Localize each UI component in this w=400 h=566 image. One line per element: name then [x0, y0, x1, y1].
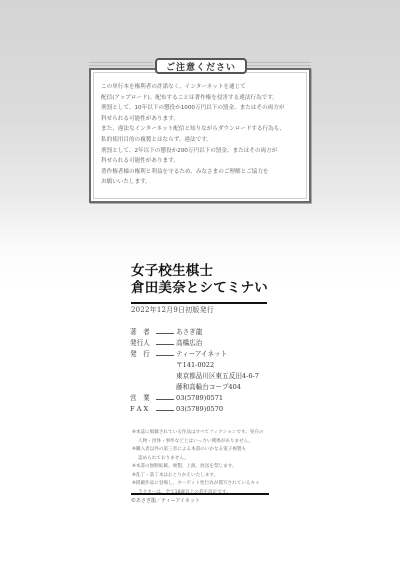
- fax-label: F A X: [130, 404, 156, 415]
- note-line: ※乱丁・落丁本はおとりかえいたします。: [132, 472, 292, 481]
- notice-body: この単行本を権利者の許諾なく、インターネットを通じて 配信(アップロード)、配布…: [101, 82, 301, 188]
- publisher-person-row: 発行人 高橋広治: [130, 338, 259, 349]
- notice-line: 科せられる可能性があります。: [101, 114, 301, 125]
- copyright-line: ©あさぎ龍／ティーアイネット: [131, 497, 200, 504]
- notice-line: また、違法なインターネット配信と知りながらダウンロードする行為も、: [101, 124, 301, 135]
- author-row: 著 者 あさぎ龍: [130, 327, 259, 338]
- notice-line: 刑罰として、10年以下の懲役か1000万円以下の罰金、またはその両方が: [101, 103, 301, 114]
- sales-label: 営 業: [130, 393, 156, 404]
- notice-line: お願いいたします。: [101, 177, 301, 188]
- title-line-1: 女子校生棋士: [131, 263, 268, 280]
- fax-row: F A X 03(5789)0570: [130, 404, 259, 415]
- postal-code: 〒141-0022: [130, 360, 259, 371]
- notice-line: 私的使用目的の複製とはならず、違法です。: [101, 135, 301, 146]
- legal-notes: ※本誌に掲載されている作品はすべてフィクションです。実在の 人物・団体・事件など…: [132, 429, 292, 497]
- title-divider: [131, 302, 267, 304]
- sales-phone: 03(5789)0571: [176, 393, 223, 404]
- address-line-1: 東京都品川区東五反田4-6-7: [130, 371, 259, 382]
- leader-dash: [156, 344, 174, 350]
- publisher-row: 発 行 ティーアイネット: [130, 349, 259, 360]
- copyright-notice-box: ご注意ください この単行本を権利者の許諾なく、インターネットを通じて 配信(アッ…: [89, 68, 311, 203]
- leader-dash: [156, 355, 174, 361]
- author-label: 著 者: [130, 327, 156, 338]
- colophon: 著 者 あさぎ龍 発行人 高橋広治 発 行 ティーアイネット 〒141-0022…: [130, 327, 259, 415]
- header-rule-right: [247, 62, 311, 66]
- author-value: あさぎ龍: [176, 327, 202, 338]
- note-line: 人物・団体・事件などとはいっさい関係がありません。: [132, 438, 292, 447]
- leader-dash: [156, 399, 174, 405]
- note-line: ※購入者以外の第三者による本書のいかなる電子複製も: [132, 446, 292, 455]
- notice-line: この単行本を権利者の許諾なく、インターネットを通じて: [101, 82, 301, 93]
- publisher-label: 発 行: [130, 349, 156, 360]
- address-line-2: 藤和高輪台コープ404: [130, 382, 259, 393]
- notice-header: ご注意ください: [155, 58, 247, 74]
- notice-line: 科せられる可能性があります。: [101, 156, 301, 167]
- sales-row: 営 業 03(5789)0571: [130, 393, 259, 404]
- publisher-value: ティーアイネット: [176, 349, 227, 360]
- book-title: 女子校生棋士 倉田美奈とシてミナい: [131, 263, 268, 297]
- notice-line: 配信(アップロード)、配布することは著作権を侵害する違法行為です。: [101, 93, 301, 104]
- notice-line: 刑罰として、2年以下の懲役か200万円以下の罰金、またはその両方が: [101, 146, 301, 157]
- bottom-divider: [131, 493, 269, 495]
- notice-line: 著作権者様の権利と利益を守るため、みなさまのご理解とご協力を: [101, 167, 301, 178]
- note-line: ※掲載作品に登場し、ターゲット性行為が描写されているキャ: [132, 480, 292, 489]
- publisher-person-label: 発行人: [130, 338, 156, 349]
- title-line-2: 倉田美奈とシてミナい: [131, 280, 268, 297]
- note-line: 認められておりません。: [132, 455, 292, 464]
- note-line: ※本書の無断転載、複製、上演、放送を禁じます。: [132, 463, 292, 472]
- leader-dash: [156, 410, 174, 416]
- publication-date: 2022年12月9日初版発行: [131, 305, 214, 315]
- publisher-person-value: 高橋広治: [176, 338, 202, 349]
- fax-number: 03(5789)0570: [176, 404, 223, 415]
- header-rule-left: [89, 62, 153, 66]
- note-line: ※本誌に掲載されている作品はすべてフィクションです。実在の: [132, 429, 292, 438]
- leader-dash: [156, 333, 174, 339]
